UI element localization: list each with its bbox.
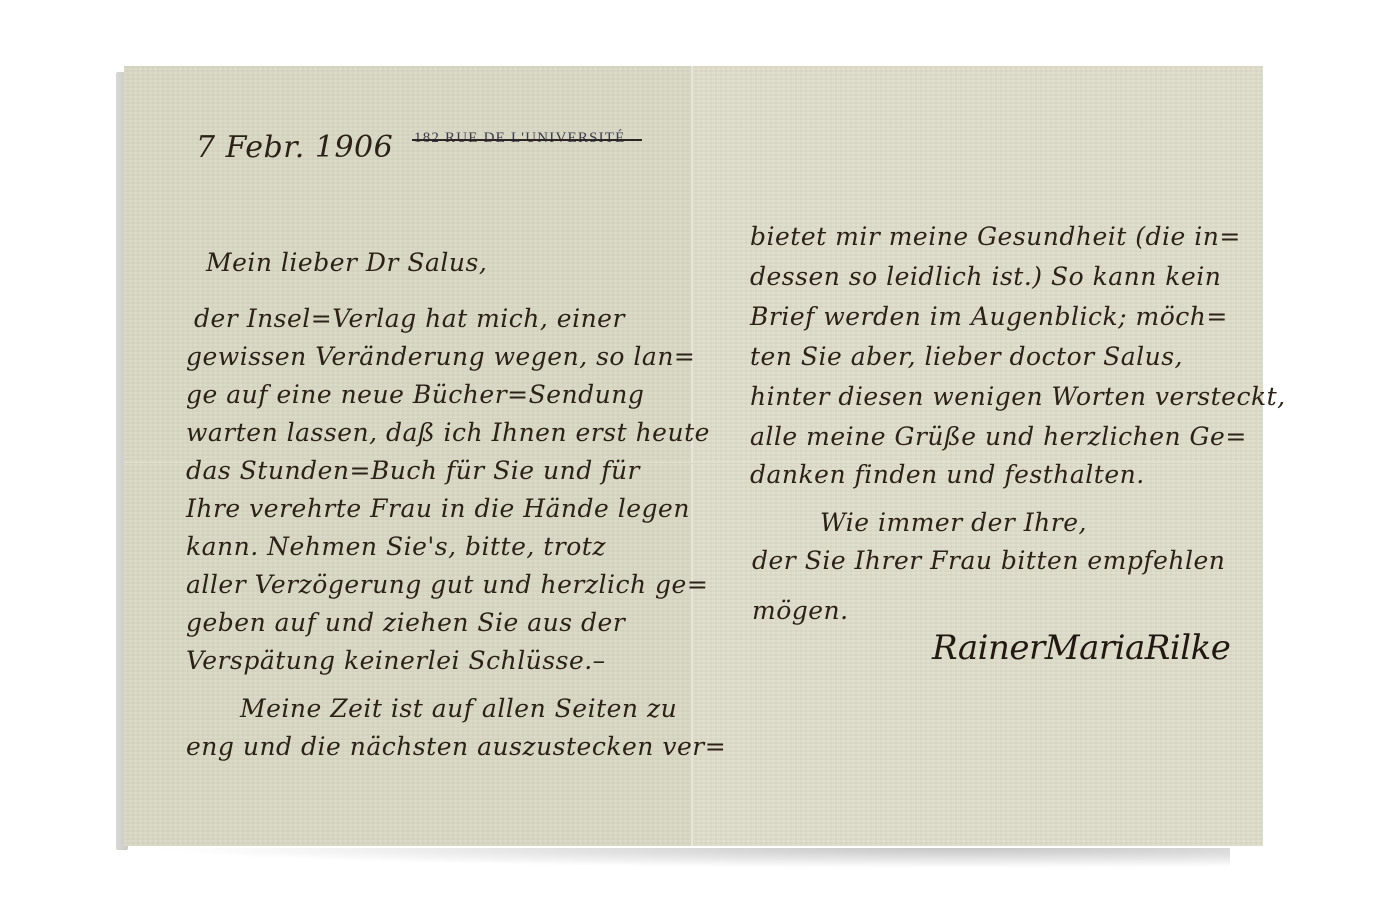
body-line: der Insel=Verlag hat mich, einer (194, 304, 625, 333)
paper-shadow-bottom (150, 848, 1230, 868)
vertical-fold-line (690, 66, 694, 846)
body-line: Brief werden im Augenblick; möch= (750, 302, 1228, 331)
body-line: bietet mir meine Gesundheit (die in= (750, 222, 1241, 251)
body-line: geben auf und ziehen Sie aus der (186, 608, 625, 637)
salutation: Mein lieber Dr Salus, (206, 248, 487, 277)
body-line: ge auf eine neue Bücher=Sendung (186, 380, 644, 409)
body-line: Verspätung keinerlei Schlüsse.– (186, 646, 606, 675)
body-line: aller Verzögerung gut und herzlich ge= (186, 570, 708, 599)
body-line: Meine Zeit ist auf allen Seiten zu (240, 694, 677, 723)
body-line: hinter diesen wenigen Worten versteckt, (750, 382, 1286, 411)
letter-date: 7 Febr. 1906 (196, 130, 393, 165)
body-line: danken finden und festhalten. (750, 460, 1145, 489)
letterhead-address: 182 RUE DE L'UNIVERSITÉ (414, 130, 626, 147)
body-line: alle meine Grüße und herzlichen Ge= (750, 422, 1247, 451)
closing-line: mögen. (752, 596, 849, 625)
body-line: eng und die nächsten auszustecken ver= (186, 732, 726, 761)
body-line: Ihre verehrte Frau in die Hände legen (186, 494, 690, 523)
letter-page-right (692, 66, 1263, 846)
closing-line: der Sie Ihrer Frau bitten empfehlen (752, 546, 1225, 575)
body-line: dessen so leidlich ist.) So kann kein (750, 262, 1221, 291)
strikethrough-line (412, 139, 642, 141)
signature: RainerMariaRilke (932, 628, 1230, 668)
body-line: ten Sie aber, lieber doctor Salus, (750, 342, 1183, 371)
body-line: kann. Nehmen Sie's, bitte, trotz (186, 532, 606, 561)
body-line: gewissen Veränderung wegen, so lan= (186, 342, 695, 371)
body-line: das Stunden=Buch für Sie und für (186, 456, 640, 485)
letterhead-text: 182 RUE DE L'UNIVERSITÉ (414, 130, 626, 146)
body-line: warten lassen, daß ich Ihnen erst heute (186, 418, 710, 447)
closing-line: Wie immer der Ihre, (820, 508, 1087, 537)
